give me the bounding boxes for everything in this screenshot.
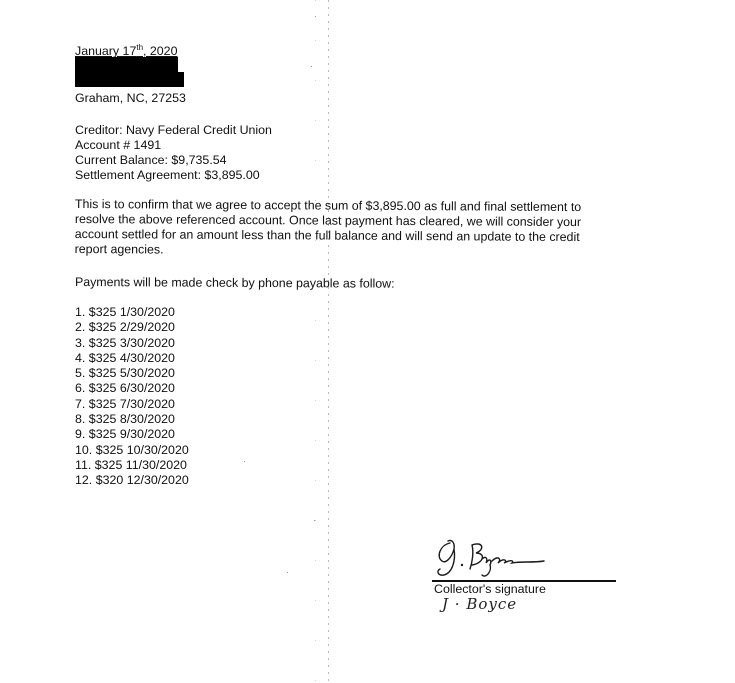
account-info-block: Creditor: Navy Federal Credit Union Acco…	[75, 123, 272, 183]
payment-item: 7. $325 7/30/2020	[75, 397, 189, 412]
payment-num: 3.	[75, 336, 85, 350]
payment-amount: $325	[89, 366, 117, 380]
scanned-letter-page: January 17th, 2020 Graham, NC, 27253 Cre…	[0, 0, 735, 683]
payment-item: 6. $325 6/30/2020	[75, 381, 189, 396]
date-month: January	[75, 44, 119, 58]
payment-date: 12/30/2020	[127, 473, 189, 487]
payment-schedule-list: 1. $325 1/30/20202. $325 2/29/20203. $32…	[75, 305, 189, 489]
payment-item: 2. $325 2/29/2020	[75, 320, 189, 335]
settlement-agreement-line: Settlement Agreement: $3,895.00	[75, 168, 272, 183]
payment-amount: $325	[89, 397, 117, 411]
payment-amount: $325	[89, 381, 117, 395]
scan-speck	[311, 66, 312, 67]
payment-num: 4.	[75, 351, 85, 365]
payment-amount: $325	[89, 305, 117, 319]
redacted-recipient-name	[75, 57, 178, 72]
scan-speck	[314, 520, 315, 521]
payment-date: 7/30/2020	[120, 397, 175, 411]
scan-speck	[244, 461, 245, 462]
payment-date: 4/30/2020	[120, 351, 175, 365]
redacted-recipient-street	[75, 72, 184, 87]
payment-num: 11.	[75, 458, 91, 472]
payment-amount: $325	[89, 427, 117, 441]
handwritten-signature	[432, 535, 562, 581]
payment-date: 3/30/2020	[120, 336, 175, 350]
payment-date: 6/30/2020	[120, 381, 175, 395]
payment-item: 4. $325 4/30/2020	[75, 351, 189, 366]
payment-item: 8. $325 8/30/2020	[75, 412, 189, 427]
payment-amount: $325	[89, 412, 117, 426]
recipient-city-line: Graham, NC, 27253	[75, 91, 186, 106]
date-day: 17th	[123, 44, 143, 58]
scan-speck	[315, 16, 316, 17]
payment-item: 3. $325 3/30/2020	[75, 336, 189, 351]
payment-num: 10.	[75, 443, 92, 457]
payment-amount: $325	[89, 351, 117, 365]
date-year: , 2020	[143, 44, 177, 58]
scan-fold-line-faint	[315, 0, 316, 683]
payment-num: 6.	[75, 381, 85, 395]
current-balance-line: Current Balance: $9,735.54	[75, 153, 272, 168]
payment-amount: $320	[96, 473, 124, 487]
payment-date: 9/30/2020	[120, 427, 175, 441]
payment-amount: $325	[95, 458, 123, 472]
payment-num: 12.	[75, 473, 92, 487]
payment-item: 11. $325 11/30/2020	[75, 458, 189, 473]
payment-date: 10/30/2020	[127, 443, 189, 457]
payment-amount: $325	[89, 336, 117, 350]
confirmation-paragraph: This is to confirm that we agree to acce…	[75, 197, 635, 260]
account-number-line: Account # 1491	[75, 138, 272, 153]
payment-amount: $325	[96, 443, 124, 457]
payment-num: 1.	[75, 305, 85, 319]
payment-item: 10. $325 10/30/2020	[75, 443, 189, 458]
payment-date: 2/29/2020	[120, 320, 175, 334]
payment-amount: $325	[89, 320, 117, 334]
payment-num: 5.	[75, 366, 85, 380]
payment-num: 2.	[75, 320, 85, 334]
payment-num: 8.	[75, 412, 85, 426]
creditor-line: Creditor: Navy Federal Credit Union	[75, 123, 272, 138]
scan-speck	[287, 572, 288, 573]
payment-intro: Payments will be made check by phone pay…	[75, 275, 395, 292]
payment-item: 9. $325 9/30/2020	[75, 427, 189, 442]
payment-item: 1. $325 1/30/2020	[75, 305, 189, 320]
payment-num: 9.	[75, 427, 85, 441]
payment-num: 7.	[75, 397, 85, 411]
payment-item: 12. $320 12/30/2020	[75, 473, 189, 488]
payment-date: 8/30/2020	[120, 412, 175, 426]
payment-item: 5. $325 5/30/2020	[75, 366, 189, 381]
printed-collector-name: J · Boyce	[442, 597, 517, 612]
payment-date: 1/30/2020	[120, 305, 175, 319]
scan-fold-line	[328, 0, 329, 683]
payment-date: 11/30/2020	[126, 458, 187, 472]
payment-date: 5/30/2020	[120, 366, 175, 380]
signature-area: Collector's signature J · Boyce	[432, 535, 618, 625]
